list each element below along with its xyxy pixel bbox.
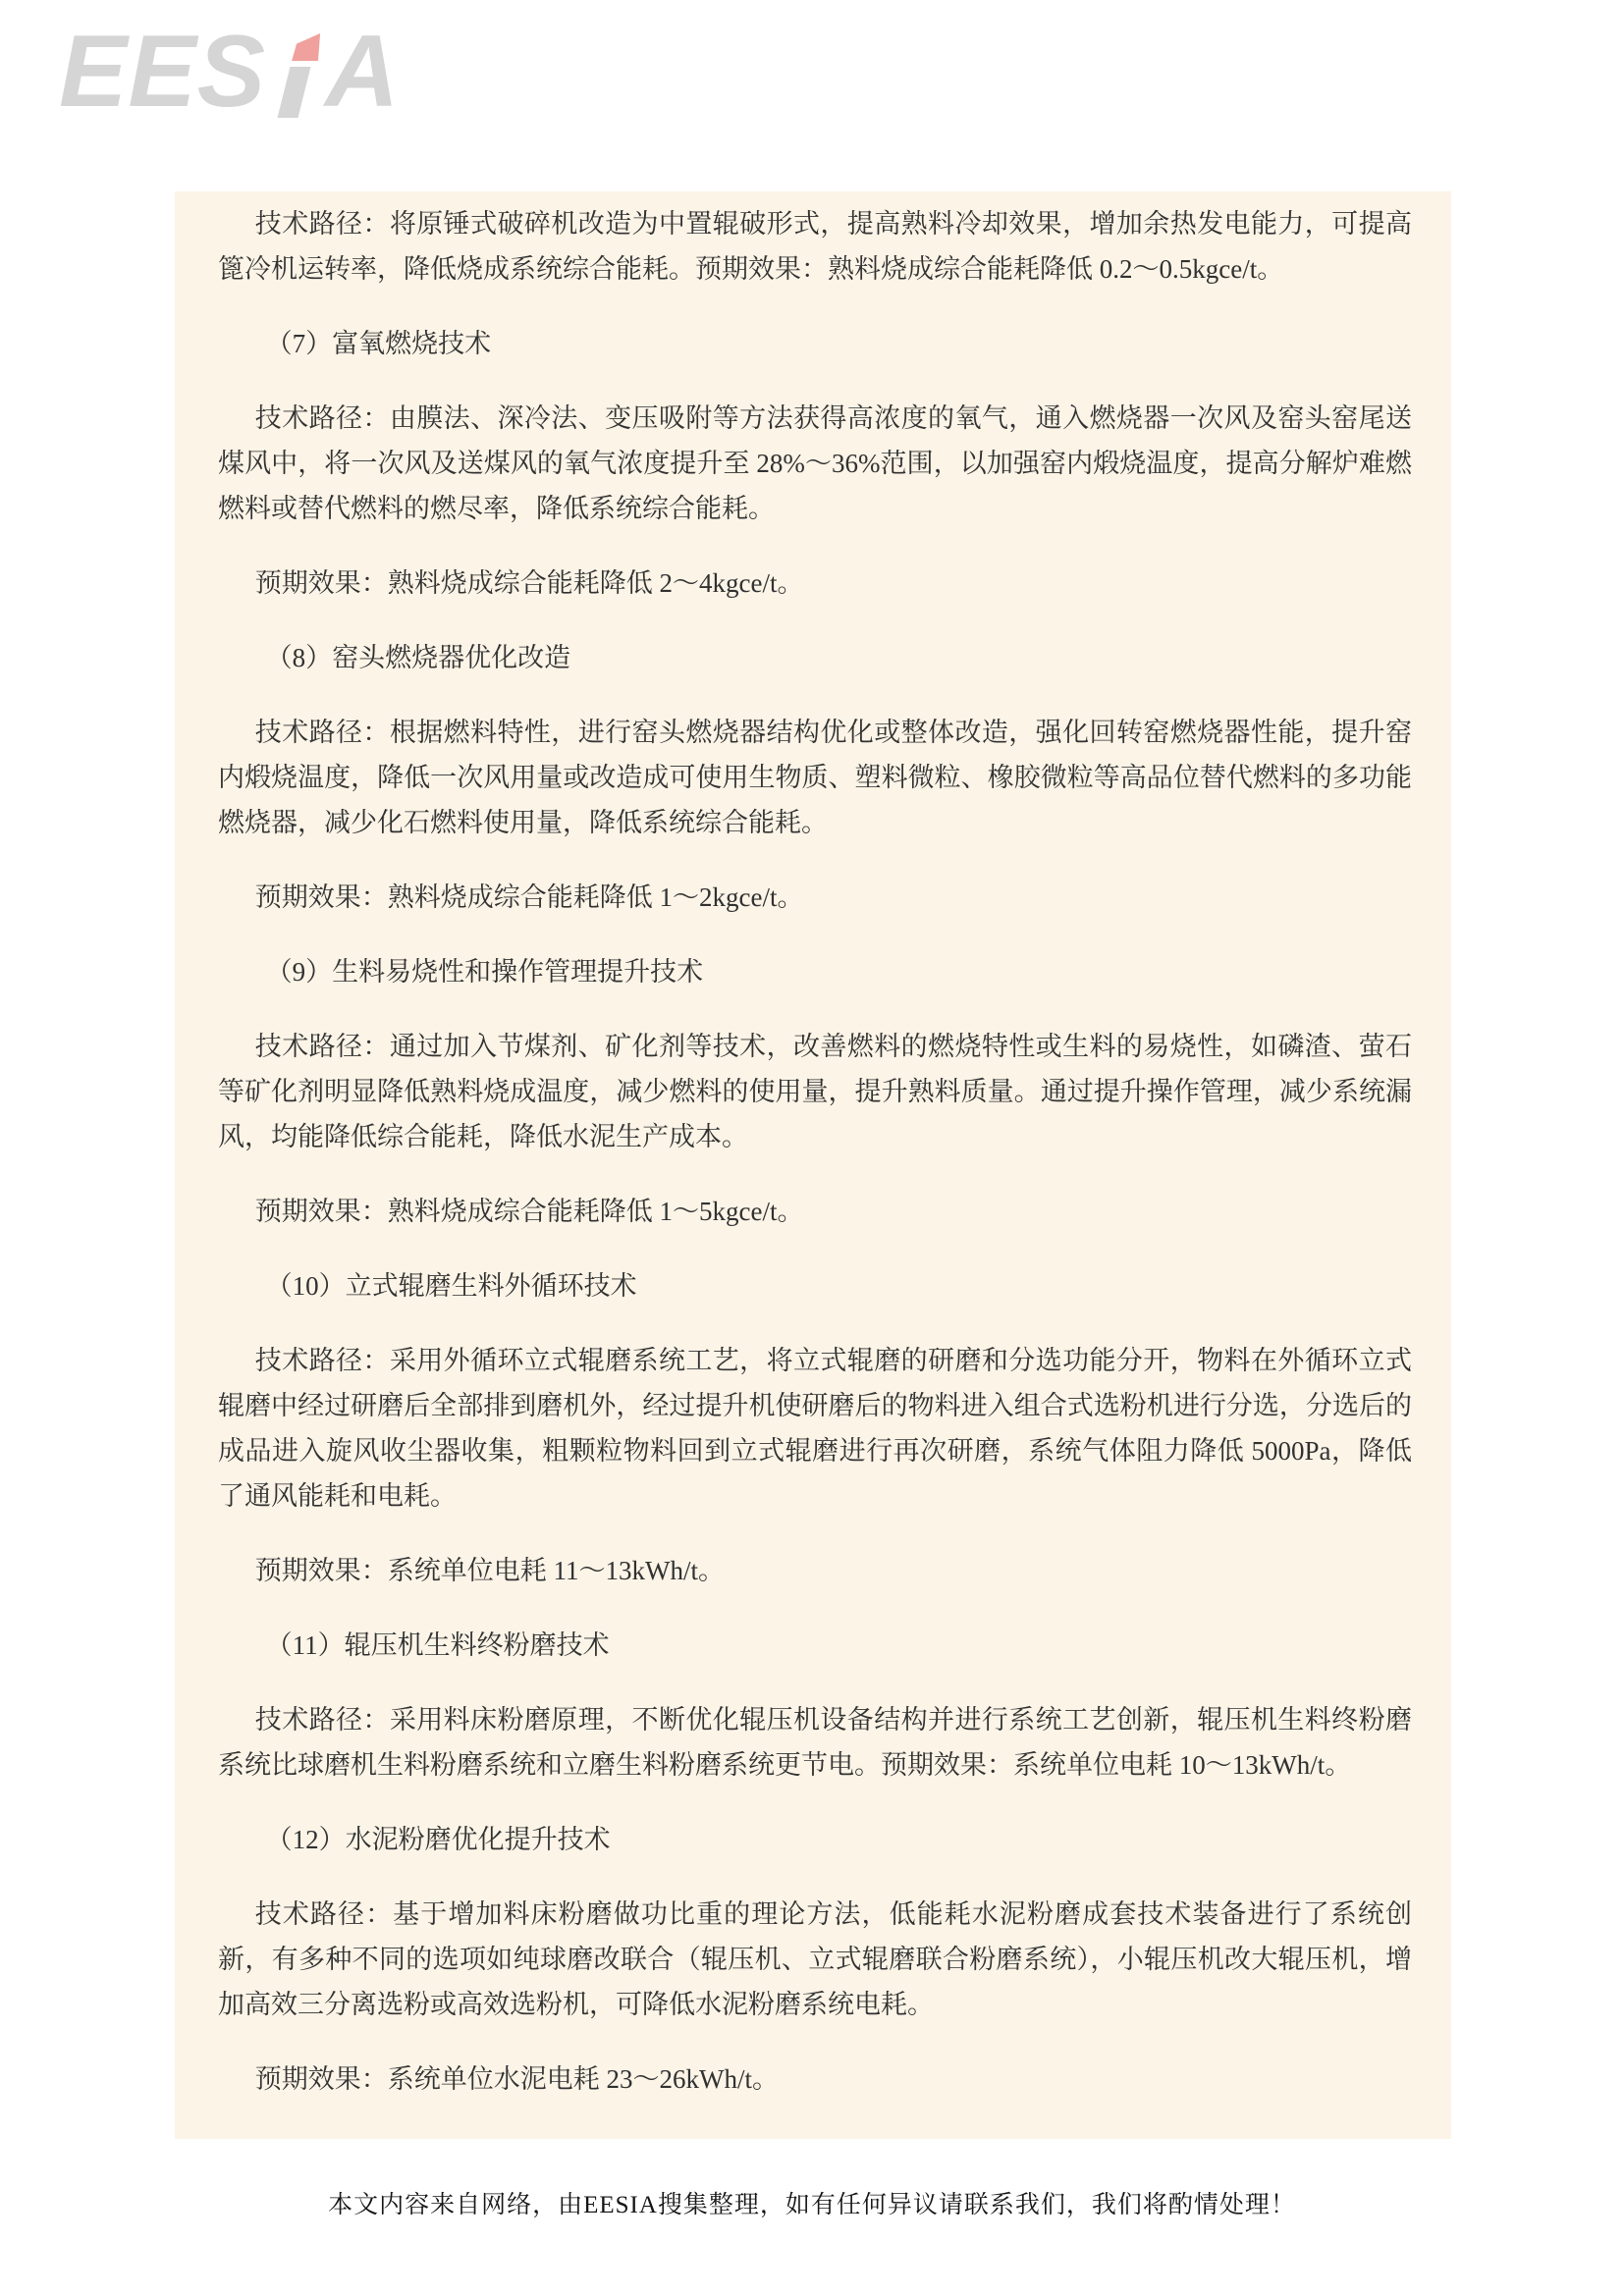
body-paragraph: 预期效果：熟料烧成综合能耗降低 1～2kgce/t。 bbox=[218, 875, 1412, 920]
page-footer: 本文内容来自网络，由EESIA搜集整理，如有任何异议请联系我们，我们将酌情处理！ bbox=[0, 2189, 1624, 2222]
body-paragraph: 技术路径：根据燃料特性，进行窑头燃烧器结构优化或整体改造，强化回转窑燃烧器性能，… bbox=[218, 710, 1412, 845]
body-paragraph: 技术路径：通过加入节煤剂、矿化剂等技术，改善燃料的燃烧特性或生料的易烧性，如磷渣… bbox=[218, 1024, 1412, 1159]
body-paragraph: 预期效果：熟料烧成综合能耗降低 2～4kgce/t。 bbox=[218, 561, 1412, 606]
eesia-logo: EES A bbox=[59, 6, 400, 120]
section-heading: （7）富氧燃烧技术 bbox=[218, 321, 1412, 366]
body-paragraph: 技术路径：由膜法、深冷法、变压吸附等方法获得高浓度的氧气，通入燃烧器一次风及窑头… bbox=[218, 396, 1412, 531]
section-heading: （12）水泥粉磨优化提升技术 bbox=[218, 1817, 1412, 1862]
section-heading: （8）窑头燃烧器优化改造 bbox=[218, 635, 1412, 680]
logo-text-right: A bbox=[325, 26, 400, 120]
logo-text-left: EES bbox=[59, 26, 266, 120]
logo-i-red-flag-icon bbox=[292, 33, 326, 61]
body-paragraph: 预期效果：系统单位电耗 11～13kWh/t。 bbox=[218, 1548, 1412, 1593]
footer-disclaimer: 本文内容来自网络，由EESIA搜集整理，如有任何异议请联系我们，我们将酌情处理！ bbox=[328, 2192, 1296, 2218]
section-heading: （10）立式辊磨生料外循环技术 bbox=[218, 1263, 1412, 1308]
logo-letter-i bbox=[282, 26, 315, 120]
section-heading: （11）辊压机生料终粉磨技术 bbox=[218, 1623, 1412, 1668]
article-body: 技术路径：将原锤式破碎机改造为中置辊破形式，提高熟料冷却效果，增加余热发电能力，… bbox=[175, 191, 1451, 2139]
body-paragraph: 技术路径：采用外循环立式辊磨系统工艺，将立式辊磨的研磨和分选功能分开，物料在外循… bbox=[218, 1338, 1412, 1519]
body-paragraph: 预期效果：系统单位水泥电耗 23～26kWh/t。 bbox=[218, 2056, 1412, 2102]
section-heading: （9）生料易烧性和操作管理提升技术 bbox=[218, 949, 1412, 994]
logo-i-stem bbox=[278, 67, 311, 118]
body-paragraph: 预期效果：熟料烧成综合能耗降低 1～5kgce/t。 bbox=[218, 1189, 1412, 1234]
body-paragraph: 技术路径：基于增加料床粉磨做功比重的理论方法，低能耗水泥粉磨成套技术装备进行了系… bbox=[218, 1892, 1412, 2027]
body-paragraph: 技术路径：将原锤式破碎机改造为中置辊破形式，提高熟料冷却效果，增加余热发电能力，… bbox=[218, 201, 1412, 292]
body-paragraph: 技术路径：采用料床粉磨原理，不断优化辊压机设备结构并进行系统工艺创新，辊压机生料… bbox=[218, 1697, 1412, 1788]
